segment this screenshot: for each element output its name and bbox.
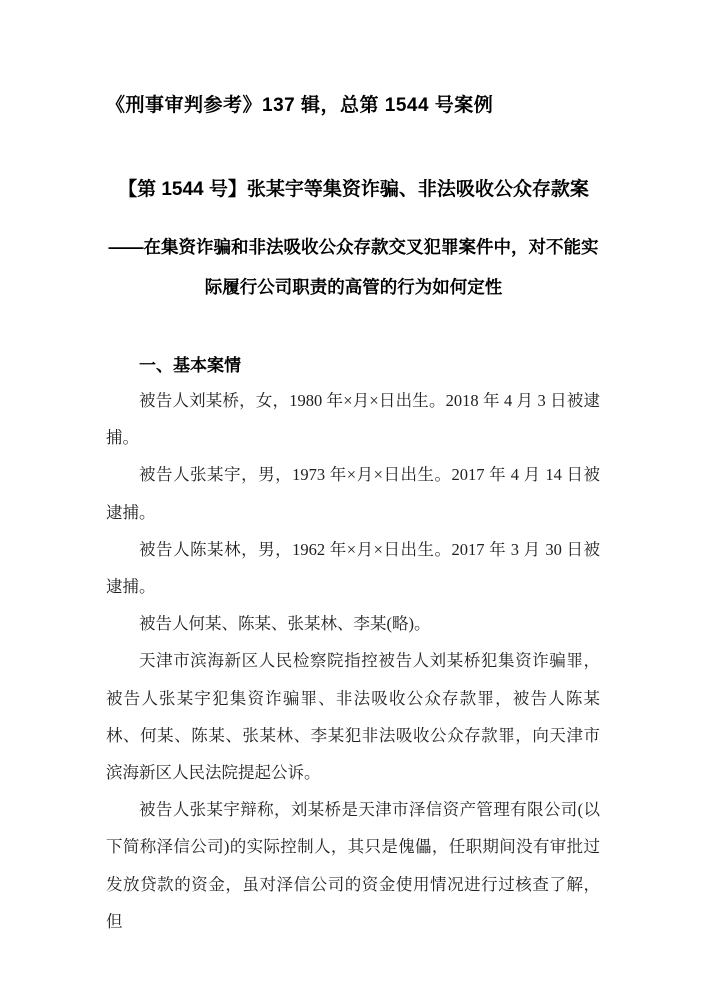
journal-reference-line: 《刑事审判参考》137 辑，总第 1544 号案例 bbox=[106, 94, 601, 118]
paragraph-other-defendants: 被告人何某、陈某、张某林、李某(略)。 bbox=[106, 605, 600, 642]
paragraph-defendant-liu: 被告人刘某桥，女，1980 年×月×日出生。2018 年 4 月 3 日被逮捕。 bbox=[106, 382, 600, 456]
case-title: 【第 1544 号】张某宇等集资诈骗、非法吸收公众存款案 bbox=[40, 176, 667, 204]
paragraph-defendant-chen: 被告人陈某林，男，1962 年×月×日出生。2017 年 3 月 30 日被逮捕… bbox=[106, 531, 600, 605]
section-heading-basic-facts: 一、基本案情 bbox=[106, 352, 600, 380]
paragraph-defense-statement: 被告人张某宇辩称，刘某桥是天津市泽信资产管理有限公司(以下简称泽信公司)的实际控… bbox=[106, 791, 600, 940]
document-body: 被告人刘某桥，女，1980 年×月×日出生。2018 年 4 月 3 日被逮捕。… bbox=[106, 382, 600, 940]
case-subtitle: ——在集资诈骗和非法吸收公众存款交叉犯罪案件中，对不能实际履行公司职责的高管的行… bbox=[104, 227, 604, 307]
paragraph-defendant-zhang: 被告人张某宇，男，1973 年×月×日出生。2017 年 4 月 14 日被逮捕… bbox=[106, 456, 600, 530]
document-page: 《刑事审判参考》137 辑，总第 1544 号案例 【第 1544 号】张某宇等… bbox=[0, 0, 707, 999]
paragraph-prosecution-charges: 天津市滨海新区人民检察院指控被告人刘某桥犯集资诈骗罪，被告人张某宇犯集资诈骗罪、… bbox=[106, 642, 600, 791]
